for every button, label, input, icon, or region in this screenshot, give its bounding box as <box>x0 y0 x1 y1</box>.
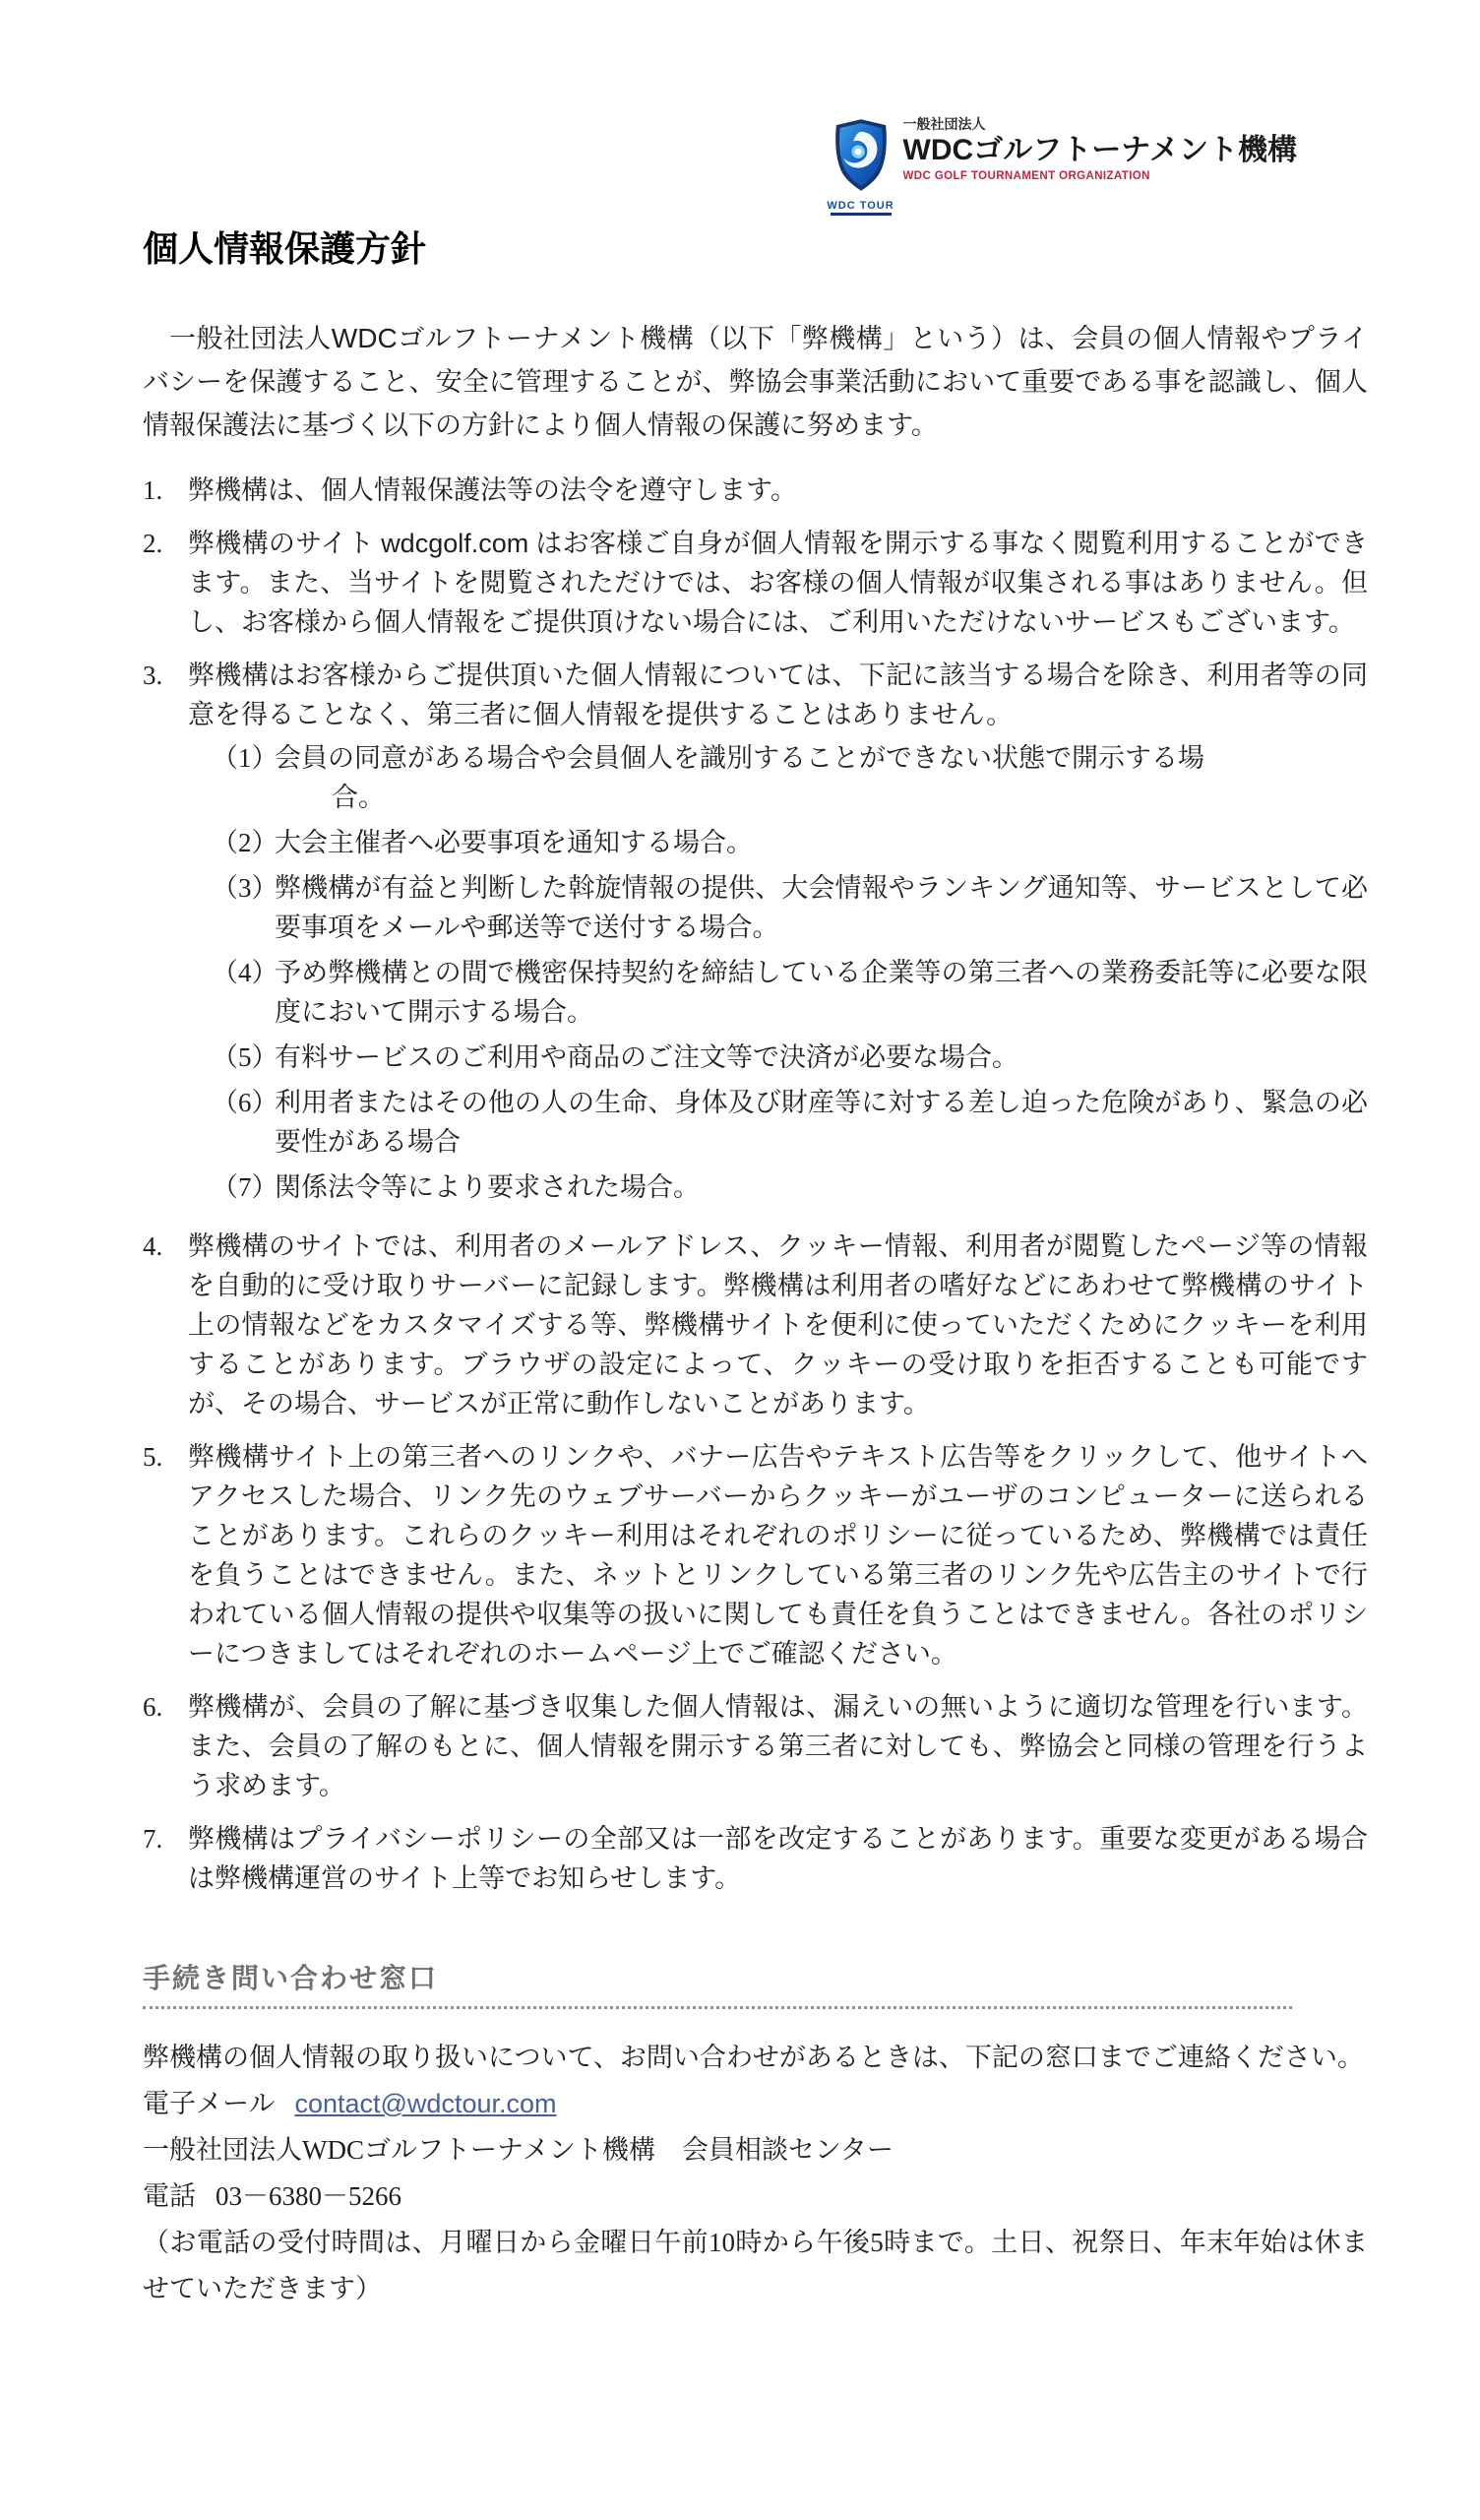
sub-item-text: 利用者またはその他の人の生命、身体及び財産等に対する差し迫った危険があり、緊急の… <box>275 1083 1368 1162</box>
page-title: 個人情報保護方針 <box>143 221 1480 272</box>
policy-item-text: 弊機構はお客様からご提供頂いた個人情報については、下記に該当する場合を除き、利用… <box>188 656 1368 1213</box>
intro-paragraph: 一般社団法人WDCゴルフトーナメント機構（以下「弊機構」という）は、会員の個人情… <box>143 317 1368 447</box>
sub-item-3: （3） 弊機構が有益と判断した斡旋情報の提供、大会情報やランキング通知等、サービ… <box>212 868 1368 947</box>
policy-item-3: 3. 弊機構はお客様からご提供頂いた個人情報については、下記に該当する場合を除き… <box>143 656 1368 1213</box>
policy-item-text: 弊機構サイト上の第三者へのリンクや、バナー広告やテキスト広告等をクリックして、他… <box>188 1437 1368 1673</box>
sub-item-number: （6） <box>212 1083 275 1162</box>
contact-phone-row: 電話03－6380－5266 <box>143 2173 1368 2220</box>
sub-item-text: 大会主催者へ必要事項を通知する場合。 <box>275 823 1368 862</box>
sub-item-5: （5） 有料サービスのご利用や商品のご注文等で決済が必要な場合。 <box>212 1038 1368 1077</box>
badge-bar <box>831 213 892 216</box>
policy-item-2-pre: 弊機構のサイト <box>188 529 381 558</box>
wdc-tour-shield-icon <box>832 118 890 198</box>
policy-item-text: 弊機構が、会員の了解に基づき収集した個人情報は、漏えいの無いように適切な管理を行… <box>188 1687 1368 1805</box>
policy-item-7: 7. 弊機構はプライバシーポリシーの全部又は一部を改定することがあります。重要な… <box>143 1819 1368 1898</box>
logo-text-block: 一般社団法人 WDCゴルフトーナメント機構 WDC GOLF TOURNAMEN… <box>903 114 1297 182</box>
contact-section: 手続き問い合わせ窓口 弊機構の個人情報の取り扱いについて、お問い合わせがあるとき… <box>143 1957 1480 2312</box>
sub-item-text: 有料サービスのご利用や商品のご注文等で決済が必要な場合。 <box>275 1038 1368 1077</box>
policy-sublist: （1） 会員の同意がある場合や会員個人を識別することができない状態で開示する場合… <box>188 738 1368 1207</box>
sub-item-7: （7） 関係法令等により要求された場合。 <box>212 1167 1368 1207</box>
policy-item-number: 7. <box>143 1819 188 1898</box>
sub-item-text: 弊機構が有益と判断した斡旋情報の提供、大会情報やランキング通知等、サービスとして… <box>275 868 1368 947</box>
policy-item-1: 1. 弊機構は、個人情報保護法等の法令を遵守します。 <box>143 471 1368 510</box>
site-domain-text: wdcgolf.com <box>381 529 528 558</box>
contact-hours: （お電話の受付時間は、月曜日から金曜日午前10時から午後5時まで。土日、祝祭日、… <box>143 2220 1368 2312</box>
policy-item-4: 4. 弊機構のサイトでは、利用者のメールアドレス、クッキー情報、利用者が閲覧した… <box>143 1227 1368 1423</box>
sub-item-4: （4） 予め弊機構との間で機密保持契約を締結している企業等の第三者への業務委託等… <box>212 953 1368 1032</box>
contact-section-title: 手続き問い合わせ窓口 <box>143 1957 1292 2009</box>
sub-item-number: （1） <box>212 738 275 817</box>
policy-item-3-lead: 弊機構はお客様からご提供頂いた個人情報については、下記に該当する場合を除き、利用… <box>188 656 1368 734</box>
policy-item-number: 5. <box>143 1437 188 1673</box>
sub-item-6: （6） 利用者またはその他の人の生命、身体及び財産等に対する差し迫った危険があり… <box>212 1083 1368 1162</box>
contact-center-name: 一般社団法人WDCゴルフトーナメント機構 会員相談センター <box>143 2127 1368 2173</box>
policy-item-number: 1. <box>143 471 188 510</box>
sub-item-1: （1） 会員の同意がある場合や会員個人を識別することができない状態で開示する場合… <box>212 738 1368 817</box>
contact-email-row: 電子メールcontact@wdctour.com <box>143 2081 1368 2127</box>
contact-intro: 弊機構の個人情報の取り扱いについて、お問い合わせがあるときは、下記の窓口までご連… <box>143 2035 1368 2081</box>
sub-item-number: （4） <box>212 953 275 1032</box>
org-name: WDCゴルフトーナメント機構 <box>903 134 1297 168</box>
policy-item-number: 4. <box>143 1227 188 1423</box>
sub-item-text: 会員の同意がある場合や会員個人を識別することができない状態で開示する場合。 <box>275 738 1368 817</box>
policy-item-5: 5. 弊機構サイト上の第三者へのリンクや、バナー広告やテキスト広告等をクリックし… <box>143 1437 1368 1673</box>
policy-item-6: 6. 弊機構が、会員の了解に基づき収集した個人情報は、漏えいの無いように適切な管… <box>143 1687 1368 1805</box>
contact-email-link[interactable]: contact@wdctour.com <box>294 2089 556 2118</box>
org-name-english: WDC GOLF TOURNAMENT ORGANIZATION <box>903 170 1297 182</box>
header: WDC TOUR 一般社団法人 WDCゴルフトーナメント機構 WDC GOLF … <box>0 0 1480 216</box>
policy-item-text: 弊機構のサイト wdcgolf.com はお客様ご自身が個人情報を開示する事なく… <box>188 524 1368 642</box>
sub-item-text: 予め弊機構との間で機密保持契約を締結している企業等の第三者への業務委託等に必要な… <box>275 953 1368 1032</box>
policy-item-text: 弊機構のサイトでは、利用者のメールアドレス、クッキー情報、利用者が閲覧したページ… <box>188 1227 1368 1423</box>
sub-item-1-line2: 合。 <box>275 778 1368 817</box>
sub-item-text: 関係法令等により要求された場合。 <box>275 1167 1368 1207</box>
intro-pre: 一般社団法人 <box>169 324 332 353</box>
sub-item-1-line1: 会員の同意がある場合や会員個人を識別することができない状態で開示する場 <box>275 743 1204 773</box>
policy-list: 1. 弊機構は、個人情報保護法等の法令を遵守します。 2. 弊機構のサイト wd… <box>143 471 1368 1898</box>
intro-brand: WDC <box>332 323 398 353</box>
policy-item-number: 3. <box>143 656 188 1213</box>
sub-item-number: （7） <box>212 1167 275 1207</box>
policy-item-text: 弊機構はプライバシーポリシーの全部又は一部を改定することがあります。重要な変更が… <box>188 1819 1368 1898</box>
email-label: 電子メール <box>143 2089 275 2118</box>
wdc-tour-badge: WDC TOUR <box>829 114 894 216</box>
sub-item-2: （2） 大会主催者へ必要事項を通知する場合。 <box>212 823 1368 862</box>
policy-item-number: 6. <box>143 1687 188 1805</box>
policy-item-2: 2. 弊機構のサイト wdcgolf.com はお客様ご自身が個人情報を開示する… <box>143 524 1368 642</box>
org-logo: WDC TOUR 一般社団法人 WDCゴルフトーナメント機構 WDC GOLF … <box>829 114 1297 216</box>
phone-number: 03－6380－5266 <box>216 2181 401 2211</box>
policy-item-number: 2. <box>143 524 188 642</box>
sub-item-number: （5） <box>212 1038 275 1077</box>
sub-item-number: （3） <box>212 868 275 947</box>
policy-item-text: 弊機構は、個人情報保護法等の法令を遵守します。 <box>188 471 1368 510</box>
contact-body: 弊機構の個人情報の取り扱いについて、お問い合わせがあるときは、下記の窓口までご連… <box>143 2035 1368 2312</box>
org-type-label: 一般社団法人 <box>903 114 1297 134</box>
privacy-policy-page: WDC TOUR 一般社団法人 WDCゴルフトーナメント機構 WDC GOLF … <box>0 0 1480 2520</box>
sub-item-number: （2） <box>212 823 275 862</box>
phone-label: 電話 <box>143 2181 196 2211</box>
badge-text: WDC TOUR <box>827 200 894 212</box>
